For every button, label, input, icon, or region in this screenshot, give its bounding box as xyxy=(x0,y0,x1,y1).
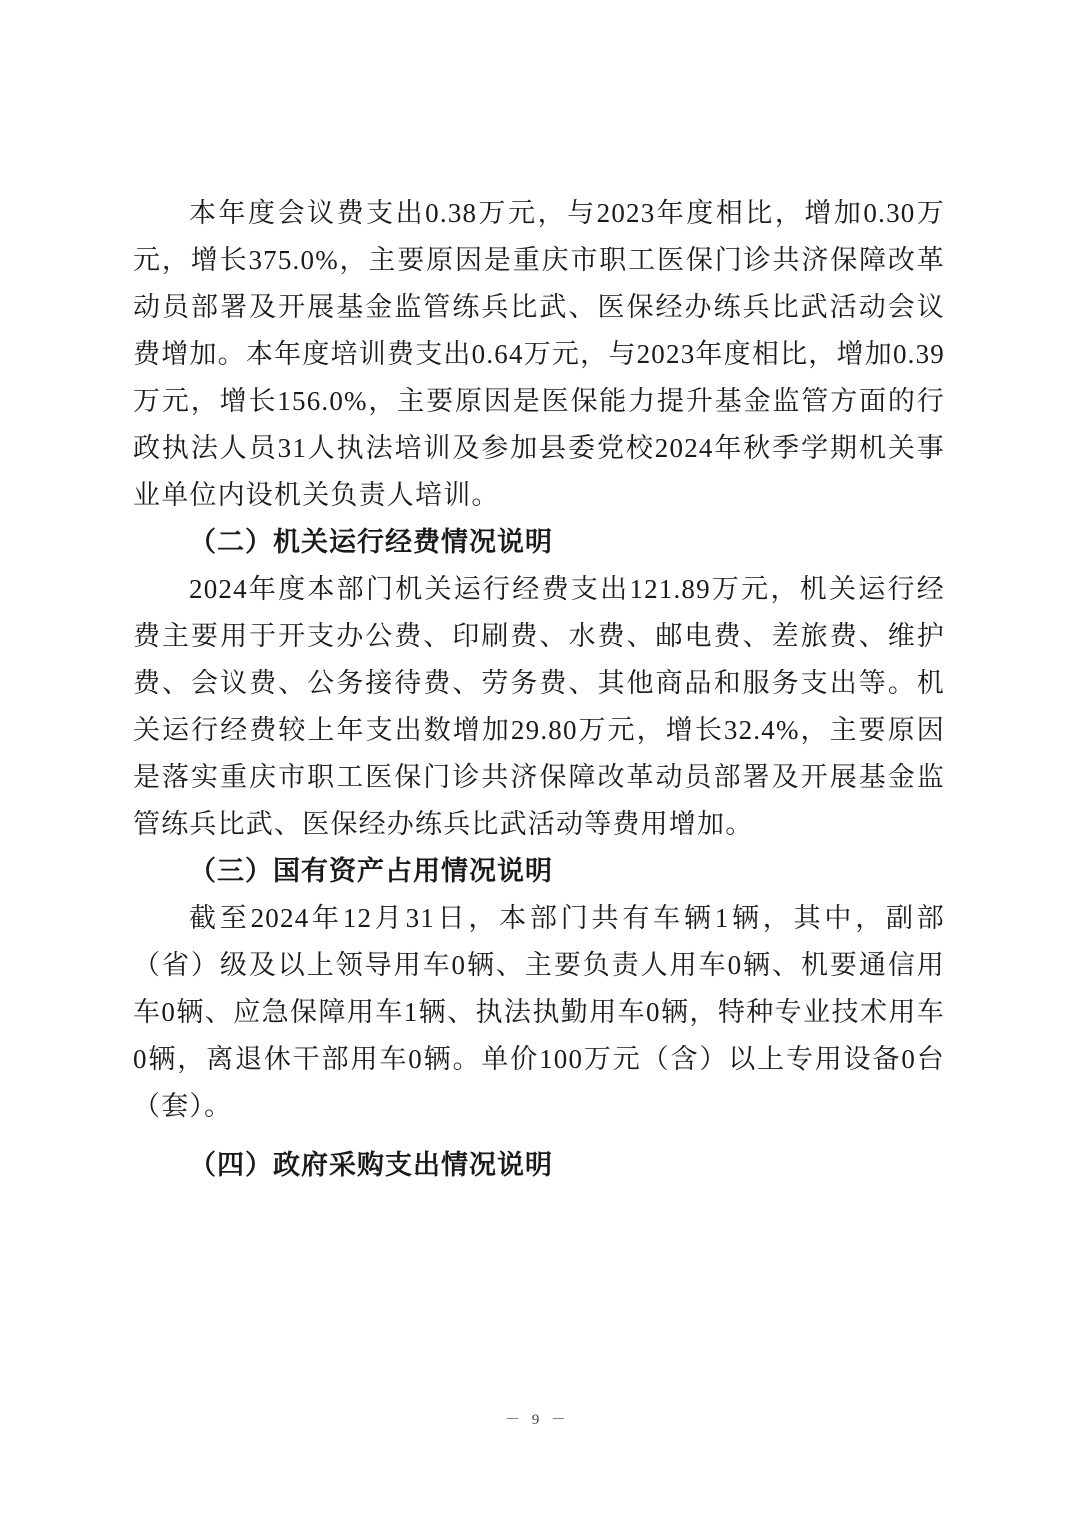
document-page: 本年度会议费支出0.38万元，与2023年度相比，增加0.30万元，增长375.… xyxy=(133,190,945,1189)
section-heading-operating-expenses: （二）机关运行经费情况说明 xyxy=(133,519,945,566)
paragraph-state-assets: 截至2024年12月31日，本部门共有车辆1辆，其中，副部（省）级及以上领导用车… xyxy=(133,895,945,1130)
section-heading-government-procurement: （四）政府采购支出情况说明 xyxy=(133,1142,945,1189)
paragraph-operating-expenses: 2024年度本部门机关运行经费支出121.89万元，机关运行经费主要用于开支办公… xyxy=(133,566,945,848)
page-number: － 9 － xyxy=(0,1408,1075,1429)
section-heading-state-assets: （三）国有资产占用情况说明 xyxy=(133,848,945,895)
paragraph-meeting-training-expenses: 本年度会议费支出0.38万元，与2023年度相比，增加0.30万元，增长375.… xyxy=(133,190,945,519)
